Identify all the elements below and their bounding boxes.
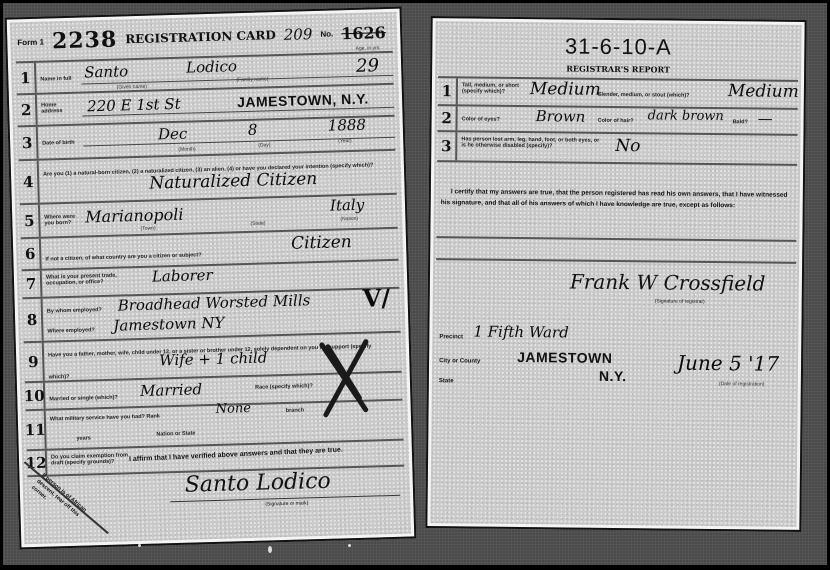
exceptions-line (436, 236, 796, 242)
disability-value: No (615, 136, 640, 156)
registrar-signature-sublabel: (Signature of registrar) (655, 298, 705, 305)
scan-dust (348, 544, 351, 547)
eye-color-value: Brown (536, 107, 586, 126)
employer-value: Broadhead Worsted Mills (117, 291, 310, 314)
marital-status-value: Married (140, 380, 202, 400)
form-label: Form 1 (17, 37, 44, 47)
row-eyes-hair: 2 Color of eyes? Brown Color of hair? da… (437, 104, 797, 134)
build-value: Medium (728, 81, 799, 102)
field-label: Race (specify which)? (255, 383, 313, 391)
row-disability: 3 Has person lost arm, leg, hand, foot, … (437, 130, 797, 166)
field-label: What is your present trade, occupation, … (46, 272, 136, 287)
occupation-value: Laborer (152, 266, 213, 286)
row-number: 11 (26, 411, 47, 450)
certification-text: I certify that my answers are true, that… (441, 186, 793, 212)
row-number: 1 (438, 78, 458, 104)
x-mark-icon (314, 337, 376, 419)
field-label: Where were you born? (44, 214, 79, 227)
serial-number: 2238 (52, 27, 118, 55)
city-stamp: JAMESTOWN (517, 349, 612, 366)
family-name: Lodico (186, 57, 237, 76)
field-label: branch (286, 407, 305, 414)
citizenship-value: Naturalized Citizen (149, 169, 317, 194)
sublabel: (Town) (141, 226, 156, 232)
field-label: Married or single (which)? (49, 395, 118, 403)
row-number: 3 (18, 127, 39, 160)
height-value: Medium (530, 79, 601, 100)
birth-town: Marianopoli (85, 205, 184, 227)
field-label: Has person lost arm, leg, hand, foot, or… (461, 136, 601, 149)
date-sublabel: (Date of registration) (719, 381, 765, 387)
report-rows: 1 Tall, medium, or short (specify which)… (437, 76, 798, 166)
card-number: 209 (283, 25, 312, 44)
row-number: 4 (19, 161, 40, 204)
card-number-struck: 1626 (341, 23, 386, 43)
field-label: If not a citizen, of what country are yo… (45, 252, 201, 262)
state-stamp: N.Y. (599, 368, 627, 384)
row-number: 8 (23, 299, 44, 342)
given-name: Santo (84, 62, 128, 81)
sublabel: (State) (250, 220, 265, 226)
field-label: What military service have you had? Rank (50, 413, 160, 422)
field-label: Where employed? (47, 327, 95, 334)
city-label: City or County (439, 358, 480, 364)
check-mark: V/ (362, 283, 390, 313)
row-number: 1 (16, 63, 37, 94)
field-label: Date of birth (42, 140, 75, 147)
sublabel: (Day) (258, 142, 270, 148)
military-service-value: None (215, 401, 251, 417)
field-label: Name in full (40, 76, 71, 83)
age-value: 29 (356, 55, 379, 77)
tear-corner-note: If person is of African descent, tear of… (30, 472, 91, 529)
field-label: Bald? (733, 119, 748, 125)
row-number: 5 (20, 205, 41, 238)
registrar-signature: Frank W Crossfield (570, 270, 766, 296)
row-number: 2 (437, 106, 457, 130)
birth-year: 1888 (328, 116, 367, 135)
field-label: Tall, medium, or short (specify which)? (462, 82, 527, 95)
scan-dust (268, 546, 272, 553)
field-label: Color of hair? (598, 118, 634, 124)
card-title: REGISTRATION CARD (125, 28, 276, 46)
registrars-report-card: 31-6-10-A REGISTRAR'S REPORT 1 Tall, med… (425, 16, 806, 532)
registration-date: June 5 '17 (677, 351, 779, 376)
exceptions-line (436, 258, 796, 264)
report-code: 31-6-10-A (432, 32, 804, 62)
field-label: Do you claim exemption from draft (speci… (51, 452, 136, 466)
dependents-value: Wife + 1 child (159, 348, 268, 369)
birth-month: Dec (158, 125, 188, 144)
row-number: 3 (437, 132, 457, 160)
field-label: Nation or State (156, 430, 195, 437)
row-number: 2 (17, 95, 38, 126)
card-number-prefix: No. (320, 29, 333, 38)
registrant-signature: Santo Lodico (184, 469, 331, 498)
birth-nation: Italy (330, 196, 365, 215)
country-citizen-value: Citizen (291, 232, 352, 254)
state-label: State (439, 378, 454, 384)
row-build: 1 Tall, medium, or short (specify which)… (438, 76, 798, 108)
row-number: 7 (22, 271, 43, 298)
field-label: Home address (41, 102, 71, 115)
hair-color-value: dark brown (648, 108, 724, 124)
row-number: 6 (21, 239, 42, 270)
report-title: REGISTRAR'S REPORT (432, 62, 804, 76)
field-label: Color of eyes? (462, 116, 500, 122)
row-number: 9 (24, 343, 45, 382)
signature-sublabel: (Signature or mark) (265, 500, 308, 507)
birth-day: 8 (248, 121, 258, 139)
employer-location: Jamestown NY (113, 314, 225, 335)
sublabel: (Month) (178, 146, 195, 152)
row-number: 10 (25, 383, 46, 410)
registration-card: Form 1 2238 REGISTRATION CARD 209 No. 16… (5, 7, 417, 550)
card-header: Form 1 2238 REGISTRATION CARD 209 No. 16… (17, 19, 391, 55)
scan-dust (138, 544, 141, 547)
field-label: Slender, medium, or stout (which)? (598, 92, 690, 99)
bald-value: — (758, 109, 773, 127)
sublabel: (Nation) (340, 216, 358, 222)
age-label: Age, in yrs. (356, 45, 381, 52)
precinct-label: Precinct (439, 334, 463, 340)
precinct-value: 1 Fifth Ward (473, 323, 569, 342)
field-label: By whom employed? (47, 307, 102, 315)
field-label: years (76, 435, 91, 441)
